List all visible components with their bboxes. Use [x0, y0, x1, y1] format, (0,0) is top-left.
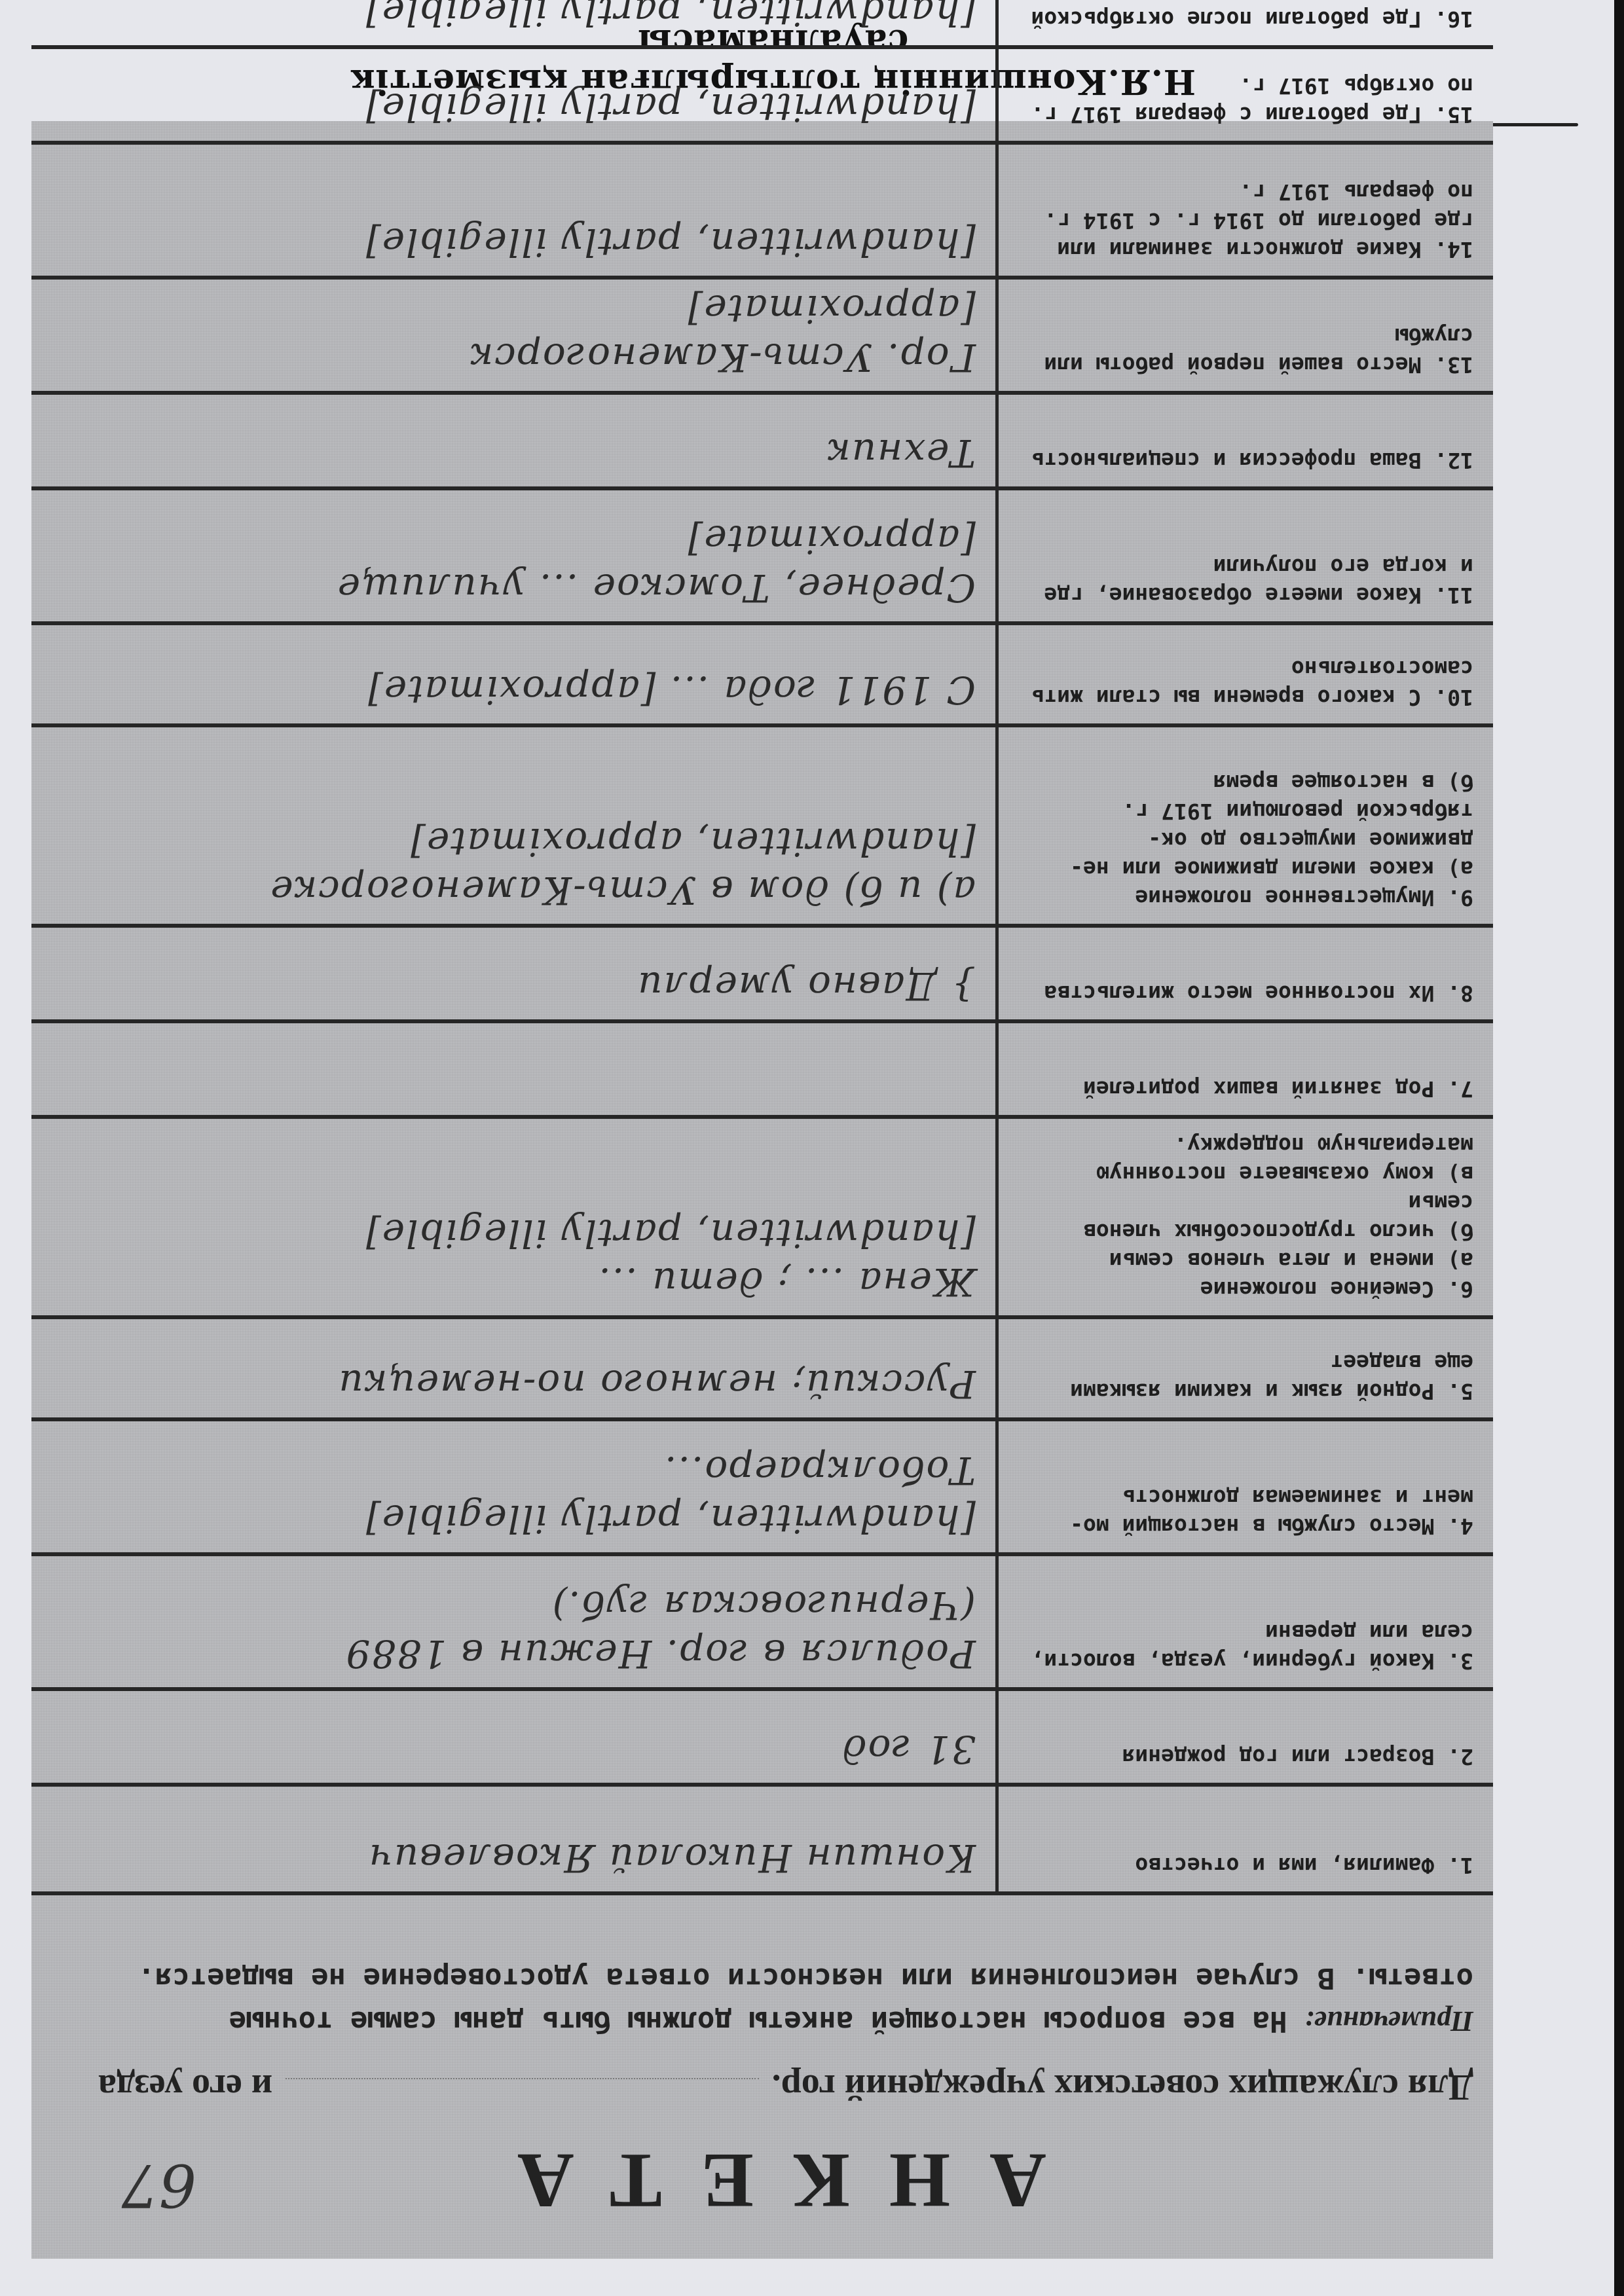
question-row: 6. Семейное положение а) имена и лета чл… [31, 1119, 1493, 1319]
question-label: 16. Где работали после октябрьской револ… [995, 0, 1493, 45]
question-row: 1. Фамилия, имя и отчествоКоншин Николай… [31, 1787, 1493, 1895]
question-label: 5. Родной язык и какими языками еще влад… [995, 1319, 1493, 1417]
handwritten-answer: Среднее, Томское ... училище [approximat… [31, 490, 995, 621]
question-label: 4. Место службы в настоящий мо- мент и з… [995, 1421, 1493, 1552]
form-note: Примечание: На все вопросы настоящей анк… [111, 1956, 1473, 2043]
handwritten-answer: Гор. Усть-Каменогорск [approximate] [31, 280, 995, 391]
handwritten-answer: Родился в гор. Нежин в 1889 (Черниговска… [31, 1556, 995, 1687]
form-subtitle: Для служащих советских учреждений гор. и… [98, 2066, 1473, 2108]
question-label: 6. Семейное положение а) имена и лета чл… [995, 1119, 1493, 1315]
question-label: 15. Где работали с февраля 1917 г. по ок… [995, 49, 1493, 141]
question-row: 4. Место службы в настоящий мо- мент и з… [31, 1421, 1493, 1556]
question-row: 9. Имущественное положение а) какое имел… [31, 727, 1493, 928]
handwritten-answer [31, 1023, 995, 1115]
question-row: 7. Род занятий ваших родителей [31, 1023, 1493, 1119]
note-label: Примечание: [1304, 2005, 1473, 2037]
question-row: 13. Место вашей первой работы или службы… [31, 280, 1493, 395]
question-row: 12. Ваша профессия и специальностьТехник [31, 395, 1493, 490]
question-label: 3. Какой губернии, уезда, волости, села … [995, 1556, 1493, 1687]
city-blank [286, 2078, 758, 2108]
question-label: 14. Какие должности занимали или где раб… [995, 145, 1493, 276]
subtitle-left: Для служащих советских учреждений гор. [772, 2066, 1473, 2108]
handwritten-answer: С 1911 года ... [approximate] [31, 625, 995, 723]
question-label: 7. Род занятий ваших родителей [995, 1023, 1493, 1115]
question-row: 2. Возраст или год рождения31 год [31, 1691, 1493, 1787]
questions-table: 1. Фамилия, имя и отчествоКоншин Николай… [31, 0, 1493, 1895]
question-label: 2. Возраст или год рождения [995, 1691, 1493, 1783]
question-row: 11. Какое имеете образование, где и когд… [31, 490, 1493, 625]
handwritten-answer: Коншин Николай Яковлевич [31, 1787, 995, 1891]
question-label: 12. Ваша профессия и специальность [995, 395, 1493, 486]
handwritten-answer: Техник [31, 395, 995, 486]
question-label: 9. Имущественное положение а) какое имел… [995, 727, 1493, 924]
question-row: 5. Родной язык и какими языками еще влад… [31, 1319, 1493, 1421]
scan-border [1614, 0, 1624, 2296]
question-label: 11. Какое имеете образование, где и когд… [995, 490, 1493, 621]
handwritten-answer: а) и б) дом в Усть-Каменогорске [handwri… [31, 727, 995, 924]
question-row: 8. Их постоянное место жительства} Давно… [31, 928, 1493, 1023]
subtitle-right: и его уезда [98, 2066, 272, 2108]
question-label: 8. Их постоянное место жительства [995, 928, 1493, 1019]
question-row: 14. Какие должности занимали или где раб… [31, 145, 1493, 280]
handwritten-answer: 31 год [31, 1691, 995, 1783]
handwritten-answer: Жена ... ; дети ... [handwritten, partly… [31, 1119, 995, 1315]
handwritten-answer: [handwritten, partly illegible] [31, 49, 995, 141]
handwritten-answer: [handwritten, partly illegible] Тоболкра… [31, 1421, 995, 1552]
question-row: 15. Где работали с февраля 1917 г. по ок… [31, 49, 1493, 145]
question-label: 10. С какого времени вы стали жить самос… [995, 625, 1493, 723]
handwritten-answer: [handwritten, partly illegible] [31, 145, 995, 276]
question-label: 13. Место вашей первой работы или службы [995, 280, 1493, 391]
question-row: 10. С какого времени вы стали жить самос… [31, 625, 1493, 727]
form-title: АНКЕТА [31, 2136, 1493, 2226]
scanned-questionnaire: 67 АНКЕТА Для служащих советских учрежде… [31, 121, 1493, 2259]
handwritten-answer: [handwritten, partly illegible] [31, 0, 995, 45]
handwritten-answer: Русский; немного по-немецки [31, 1319, 995, 1417]
handwritten-answer: } Давно умерли [31, 928, 995, 1019]
question-row: 3. Какой губернии, уезда, волости, села … [31, 1556, 1493, 1691]
note-text: На все вопросы настоящей анкеты должны б… [138, 1961, 1473, 2038]
question-label: 1. Фамилия, имя и отчество [995, 1787, 1493, 1891]
question-row: 16. Где работали после октябрьской револ… [31, 0, 1493, 49]
